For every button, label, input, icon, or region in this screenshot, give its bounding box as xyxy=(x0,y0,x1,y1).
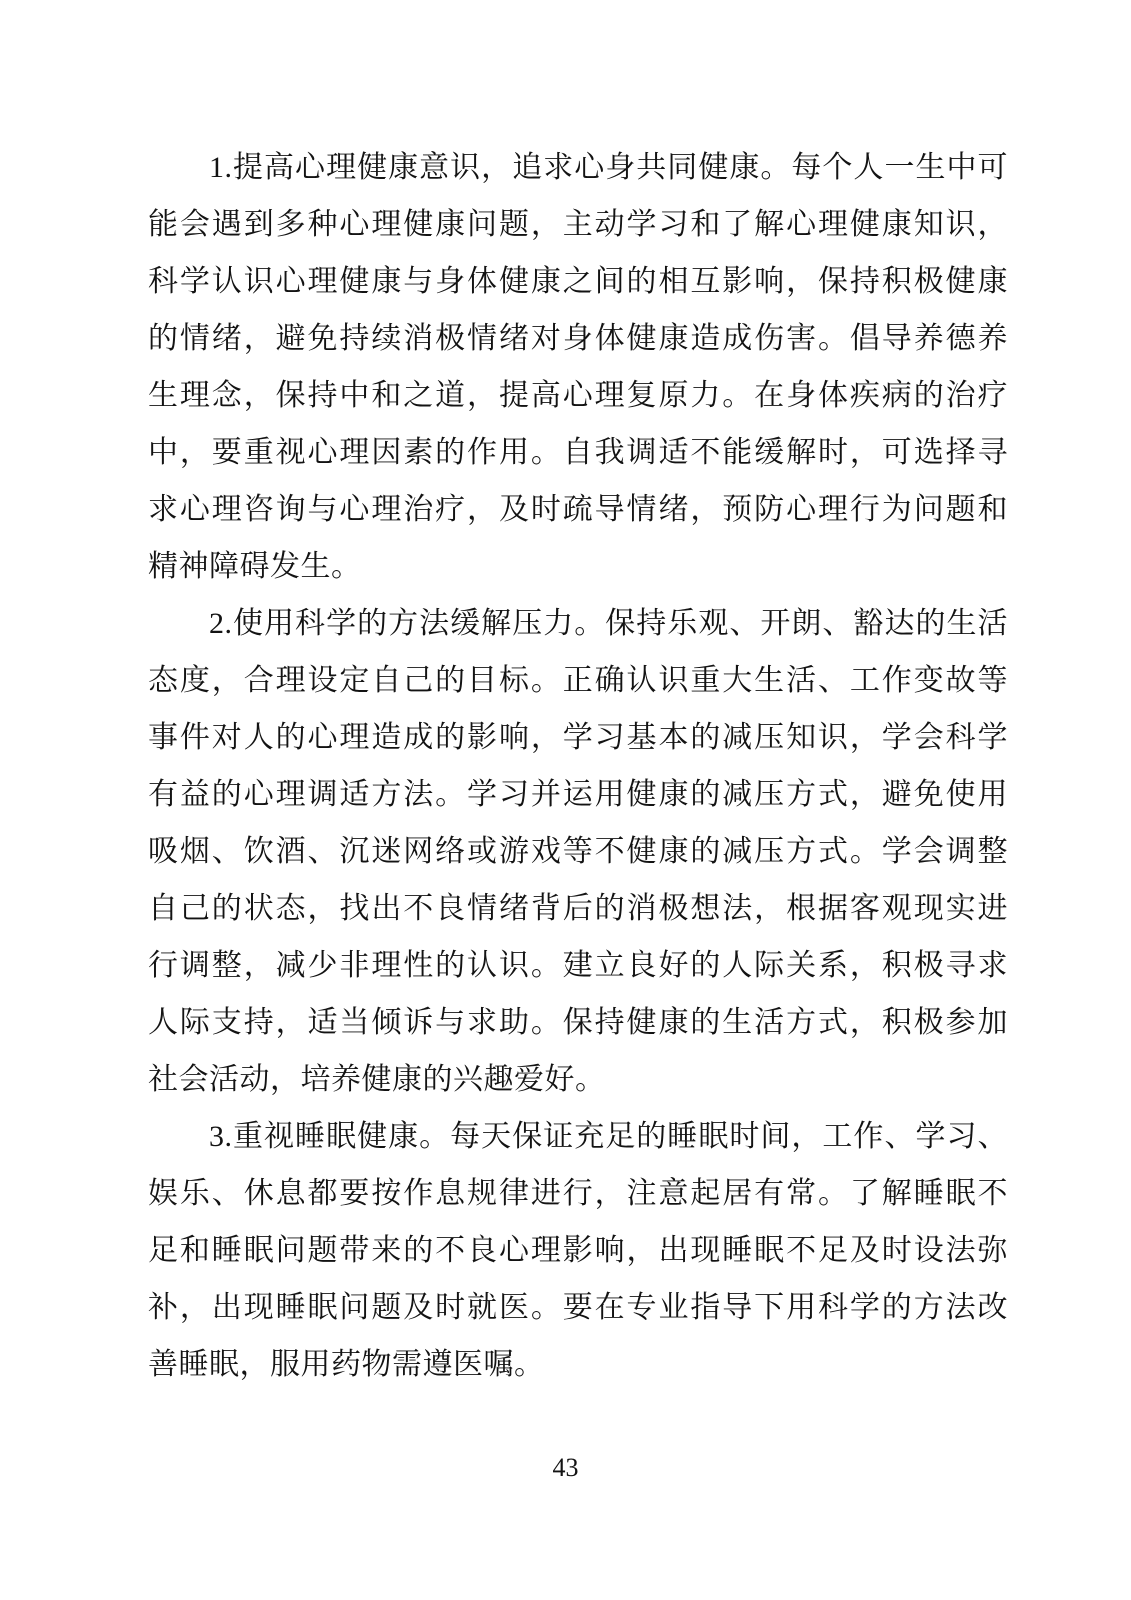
page-number: 43 xyxy=(0,1452,1131,1484)
text-line: 事件对人的心理造成的影响，学习基本的减压知识，学会科学 xyxy=(148,709,1008,766)
paragraph: 2.使用科学的方法缓解压力。保持乐观、开朗、豁达的生活态度，合理设定自己的目标。… xyxy=(148,595,1008,1108)
text-line: 行调整，减少非理性的认识。建立良好的人际关系，积极寻求 xyxy=(148,937,1008,994)
document-body: 1.提高心理健康意识，追求心身共同健康。每个人一生中可能会遇到多种心理健康问题，… xyxy=(148,139,1008,1393)
text-line: 人际支持，适当倾诉与求助。保持健康的生活方式，积极参加 xyxy=(148,994,1008,1051)
text-line: 能会遇到多种心理健康问题，主动学习和了解心理健康知识， xyxy=(148,196,1008,253)
document-page: 1.提高心理健康意识，追求心身共同健康。每个人一生中可能会遇到多种心理健康问题，… xyxy=(0,0,1131,1600)
text-line: 补，出现睡眠问题及时就医。要在专业指导下用科学的方法改 xyxy=(148,1279,1008,1336)
text-line: 自己的状态，找出不良情绪背后的消极想法，根据客观现实进 xyxy=(148,880,1008,937)
text-line: 2.使用科学的方法缓解压力。保持乐观、开朗、豁达的生活 xyxy=(148,595,1008,652)
text-line: 善睡眠，服用药物需遵医嘱。 xyxy=(148,1336,1008,1393)
paragraph: 3.重视睡眠健康。每天保证充足的睡眠时间，工作、学习、娱乐、休息都要按作息规律进… xyxy=(148,1108,1008,1393)
text-line: 3.重视睡眠健康。每天保证充足的睡眠时间，工作、学习、 xyxy=(148,1108,1008,1165)
text-line: 态度，合理设定自己的目标。正确认识重大生活、工作变故等 xyxy=(148,652,1008,709)
text-line: 求心理咨询与心理治疗，及时疏导情绪，预防心理行为问题和 xyxy=(148,481,1008,538)
text-line: 1.提高心理健康意识，追求心身共同健康。每个人一生中可 xyxy=(148,139,1008,196)
text-line: 有益的心理调适方法。学习并运用健康的减压方式，避免使用 xyxy=(148,766,1008,823)
text-line: 足和睡眠问题带来的不良心理影响，出现睡眠不足及时设法弥 xyxy=(148,1222,1008,1279)
text-line: 科学认识心理健康与身体健康之间的相互影响，保持积极健康 xyxy=(148,253,1008,310)
paragraph: 1.提高心理健康意识，追求心身共同健康。每个人一生中可能会遇到多种心理健康问题，… xyxy=(148,139,1008,595)
text-line: 中，要重视心理因素的作用。自我调适不能缓解时，可选择寻 xyxy=(148,424,1008,481)
text-line: 娱乐、休息都要按作息规律进行，注意起居有常。了解睡眠不 xyxy=(148,1165,1008,1222)
text-line: 精神障碍发生。 xyxy=(148,538,1008,595)
text-line: 的情绪，避免持续消极情绪对身体健康造成伤害。倡导养德养 xyxy=(148,310,1008,367)
text-line: 生理念，保持中和之道，提高心理复原力。在身体疾病的治疗 xyxy=(148,367,1008,424)
text-line: 社会活动，培养健康的兴趣爱好。 xyxy=(148,1051,1008,1108)
text-line: 吸烟、饮酒、沉迷网络或游戏等不健康的减压方式。学会调整 xyxy=(148,823,1008,880)
